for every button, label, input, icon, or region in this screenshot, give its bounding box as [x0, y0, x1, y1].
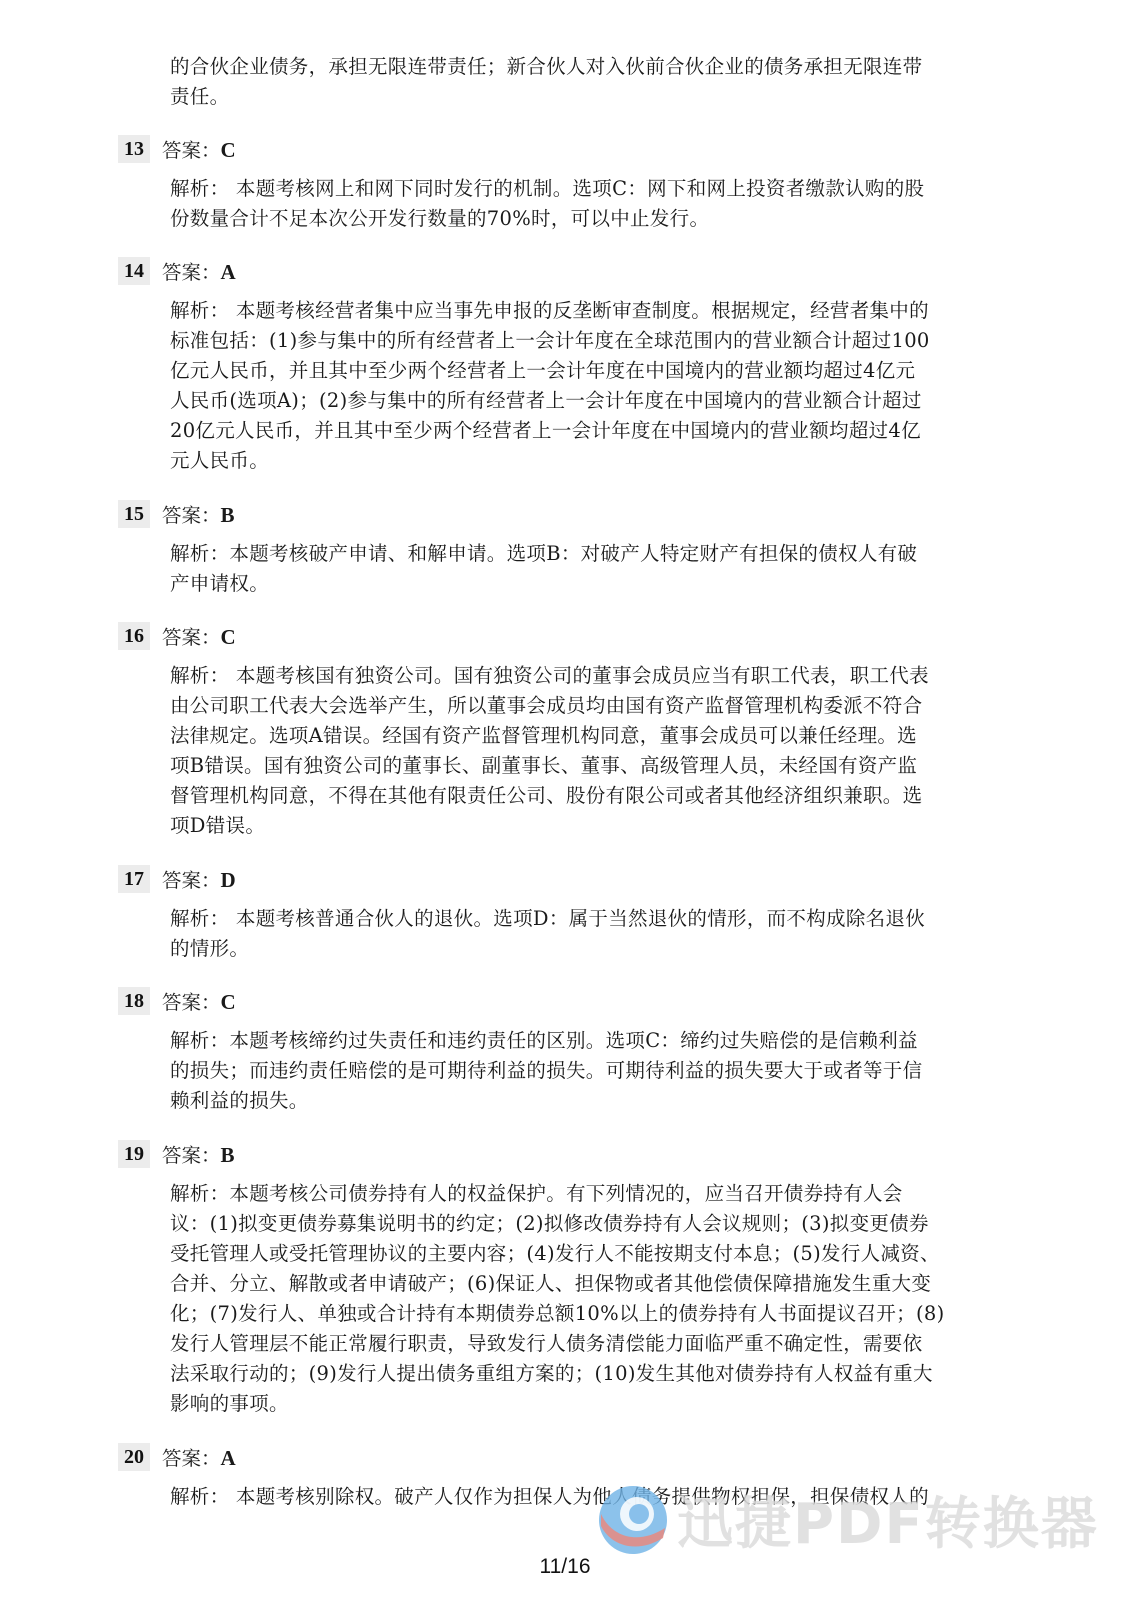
question-number: 19 [118, 1140, 150, 1168]
answer-value: C [221, 625, 236, 649]
answer-label: 答案： [162, 1144, 221, 1167]
answer-line: 答案：C [162, 135, 236, 163]
answer-label: 答案： [162, 139, 221, 162]
answer-line: 答案：C [162, 622, 236, 650]
explanation-line: 亿元人民币，并且其中至少两个经营者上一会计年度在中国境内的营业额均超过4亿元 [170, 356, 915, 386]
explanation-line: 解析： 本题考核普通合伙人的退伙。选项D：属于当然退伙的情形，而不构成除名退伙 [170, 904, 925, 934]
explanation-line: 解析： 本题考核别除权。破产人仅作为担保人为他人债务提供物权担保，担保债权人的 [170, 1482, 929, 1512]
explanation-line: 的损失；而违约责任赔偿的是可期待利益的损失。可期待利益的损失要大于或者等于信 [170, 1056, 922, 1086]
explanation-line: 解析：本题考核破产申请、和解申请。选项B：对破产人特定财产有担保的债权人有破 [170, 539, 917, 569]
document-page: 的合伙企业债务，承担无限连带责任；新合伙人对入伙前合伙企业的债务承担无限连带 责… [0, 0, 1130, 1600]
question-17-header: 17 答案：D [118, 864, 236, 894]
explanation-line: 法采取行动的；(9)发行人提出债务重组方案的；(10)发生其他对债券持有人权益有… [170, 1359, 933, 1389]
answer-line: 答案：A [162, 257, 236, 285]
answer-value: B [221, 1143, 235, 1167]
question-16-header: 16 答案：C [118, 621, 236, 651]
answer-value: B [221, 503, 235, 527]
answer-value: C [221, 138, 236, 162]
answer-label: 答案： [162, 869, 221, 892]
explanation-line: 元人民币。 [170, 446, 269, 476]
answer-line: 答案：A [162, 1443, 236, 1471]
question-15-header: 15 答案：B [118, 499, 235, 529]
explanation-line: 解析：本题考核缔约过失责任和违约责任的区别。选项C：缔约过失赔偿的是信赖利益 [170, 1026, 918, 1056]
explanation-line: 发行人管理层不能正常履行职责，导致发行人债务清偿能力面临严重不确定性，需要依 [170, 1329, 922, 1359]
question-number: 13 [118, 135, 150, 163]
question-number: 17 [118, 865, 150, 893]
explanation-line: 议：(1)拟变更债券募集说明书的约定；(2)拟修改债券持有人会议规则；(3)拟变… [170, 1209, 929, 1239]
answer-label: 答案： [162, 991, 221, 1014]
explanation-line: 受托管理人或受托管理协议的主要内容；(4)发行人不能按期支付本息；(5)发行人减… [170, 1239, 940, 1269]
question-20-header: 20 答案：A [118, 1442, 236, 1472]
answer-label: 答案： [162, 504, 221, 527]
answer-line: 答案：B [162, 1140, 235, 1168]
question-14-header: 14 答案：A [118, 256, 236, 286]
intro-line: 的合伙企业债务，承担无限连带责任；新合伙人对入伙前合伙企业的债务承担无限连带 [170, 52, 922, 82]
explanation-line: 人民币(选项A)；(2)参与集中的所有经营者上一会计年度在中国境内的营业额合计超… [170, 386, 922, 416]
explanation-line: 由公司职工代表大会选举产生，所以董事会成员均由国有资产监督管理机构委派不符合 [170, 691, 922, 721]
explanation-line: 解析：本题考核公司债券持有人的权益保护。有下列情况的，应当召开债券持有人会 [170, 1179, 903, 1209]
explanation-line: 解析： 本题考核经营者集中应当事先申报的反垄断审查制度。根据规定，经营者集中的 [170, 296, 929, 326]
explanation-line: 解析： 本题考核网上和网下同时发行的机制。选项C：网下和网上投资者缴款认购的股 [170, 174, 924, 204]
answer-line: 答案：C [162, 987, 236, 1015]
explanation-line: 化；(7)发行人、单独或合计持有本期债券总额10%以上的债券持有人书面提议召开；… [170, 1299, 945, 1329]
explanation-line: 项B错误。国有独资公司的董事长、副董事长、董事、高级管理人员，未经国有资产监 [170, 751, 917, 781]
question-19-header: 19 答案：B [118, 1139, 235, 1169]
explanation-line: 法律规定。选项A错误。经国有资产监督管理机构同意，董事会成员可以兼任经理。选 [170, 721, 917, 751]
question-number: 15 [118, 500, 150, 528]
question-number: 14 [118, 257, 150, 285]
answer-value: C [221, 990, 236, 1014]
explanation-line: 督管理机构同意，不得在其他有限责任公司、股份有限公司或者其他经济组织兼职。选 [170, 781, 922, 811]
explanation-line: 项D错误。 [170, 811, 265, 841]
answer-value: D [221, 868, 236, 892]
answer-line: 答案：D [162, 865, 236, 893]
intro-line: 责任。 [170, 82, 229, 112]
explanation-line: 的情形。 [170, 934, 249, 964]
explanation-line: 份数量合计不足本次公开发行数量的70%时，可以中止发行。 [170, 204, 709, 234]
page-indicator: 11/16 [0, 1555, 1130, 1579]
explanation-line: 20亿元人民币，并且其中至少两个经营者上一会计年度在中国境内的营业额均超过4亿 [170, 416, 921, 446]
question-13-header: 13 答案：C [118, 134, 236, 164]
question-18-header: 18 答案：C [118, 986, 236, 1016]
question-number: 16 [118, 622, 150, 650]
explanation-line: 标准包括：(1)参与集中的所有经营者上一会计年度在全球范围内的营业额合计超过10… [170, 326, 930, 356]
answer-line: 答案：B [162, 500, 235, 528]
explanation-line: 合并、分立、解散或者申请破产；(6)保证人、担保物或者其他偿债保障措施发生重大变 [170, 1269, 931, 1299]
answer-value: A [221, 1446, 236, 1470]
answer-label: 答案： [162, 626, 221, 649]
explanation-line: 影响的事项。 [170, 1389, 289, 1419]
answer-label: 答案： [162, 261, 221, 284]
answer-label: 答案： [162, 1447, 221, 1470]
answer-value: A [221, 260, 236, 284]
explanation-line: 解析： 本题考核国有独资公司。国有独资公司的董事会成员应当有职工代表，职工代表 [170, 661, 929, 691]
question-number: 18 [118, 987, 150, 1015]
explanation-line: 赖利益的损失。 [170, 1086, 309, 1116]
explanation-line: 产申请权。 [170, 569, 269, 599]
question-number: 20 [118, 1443, 150, 1471]
